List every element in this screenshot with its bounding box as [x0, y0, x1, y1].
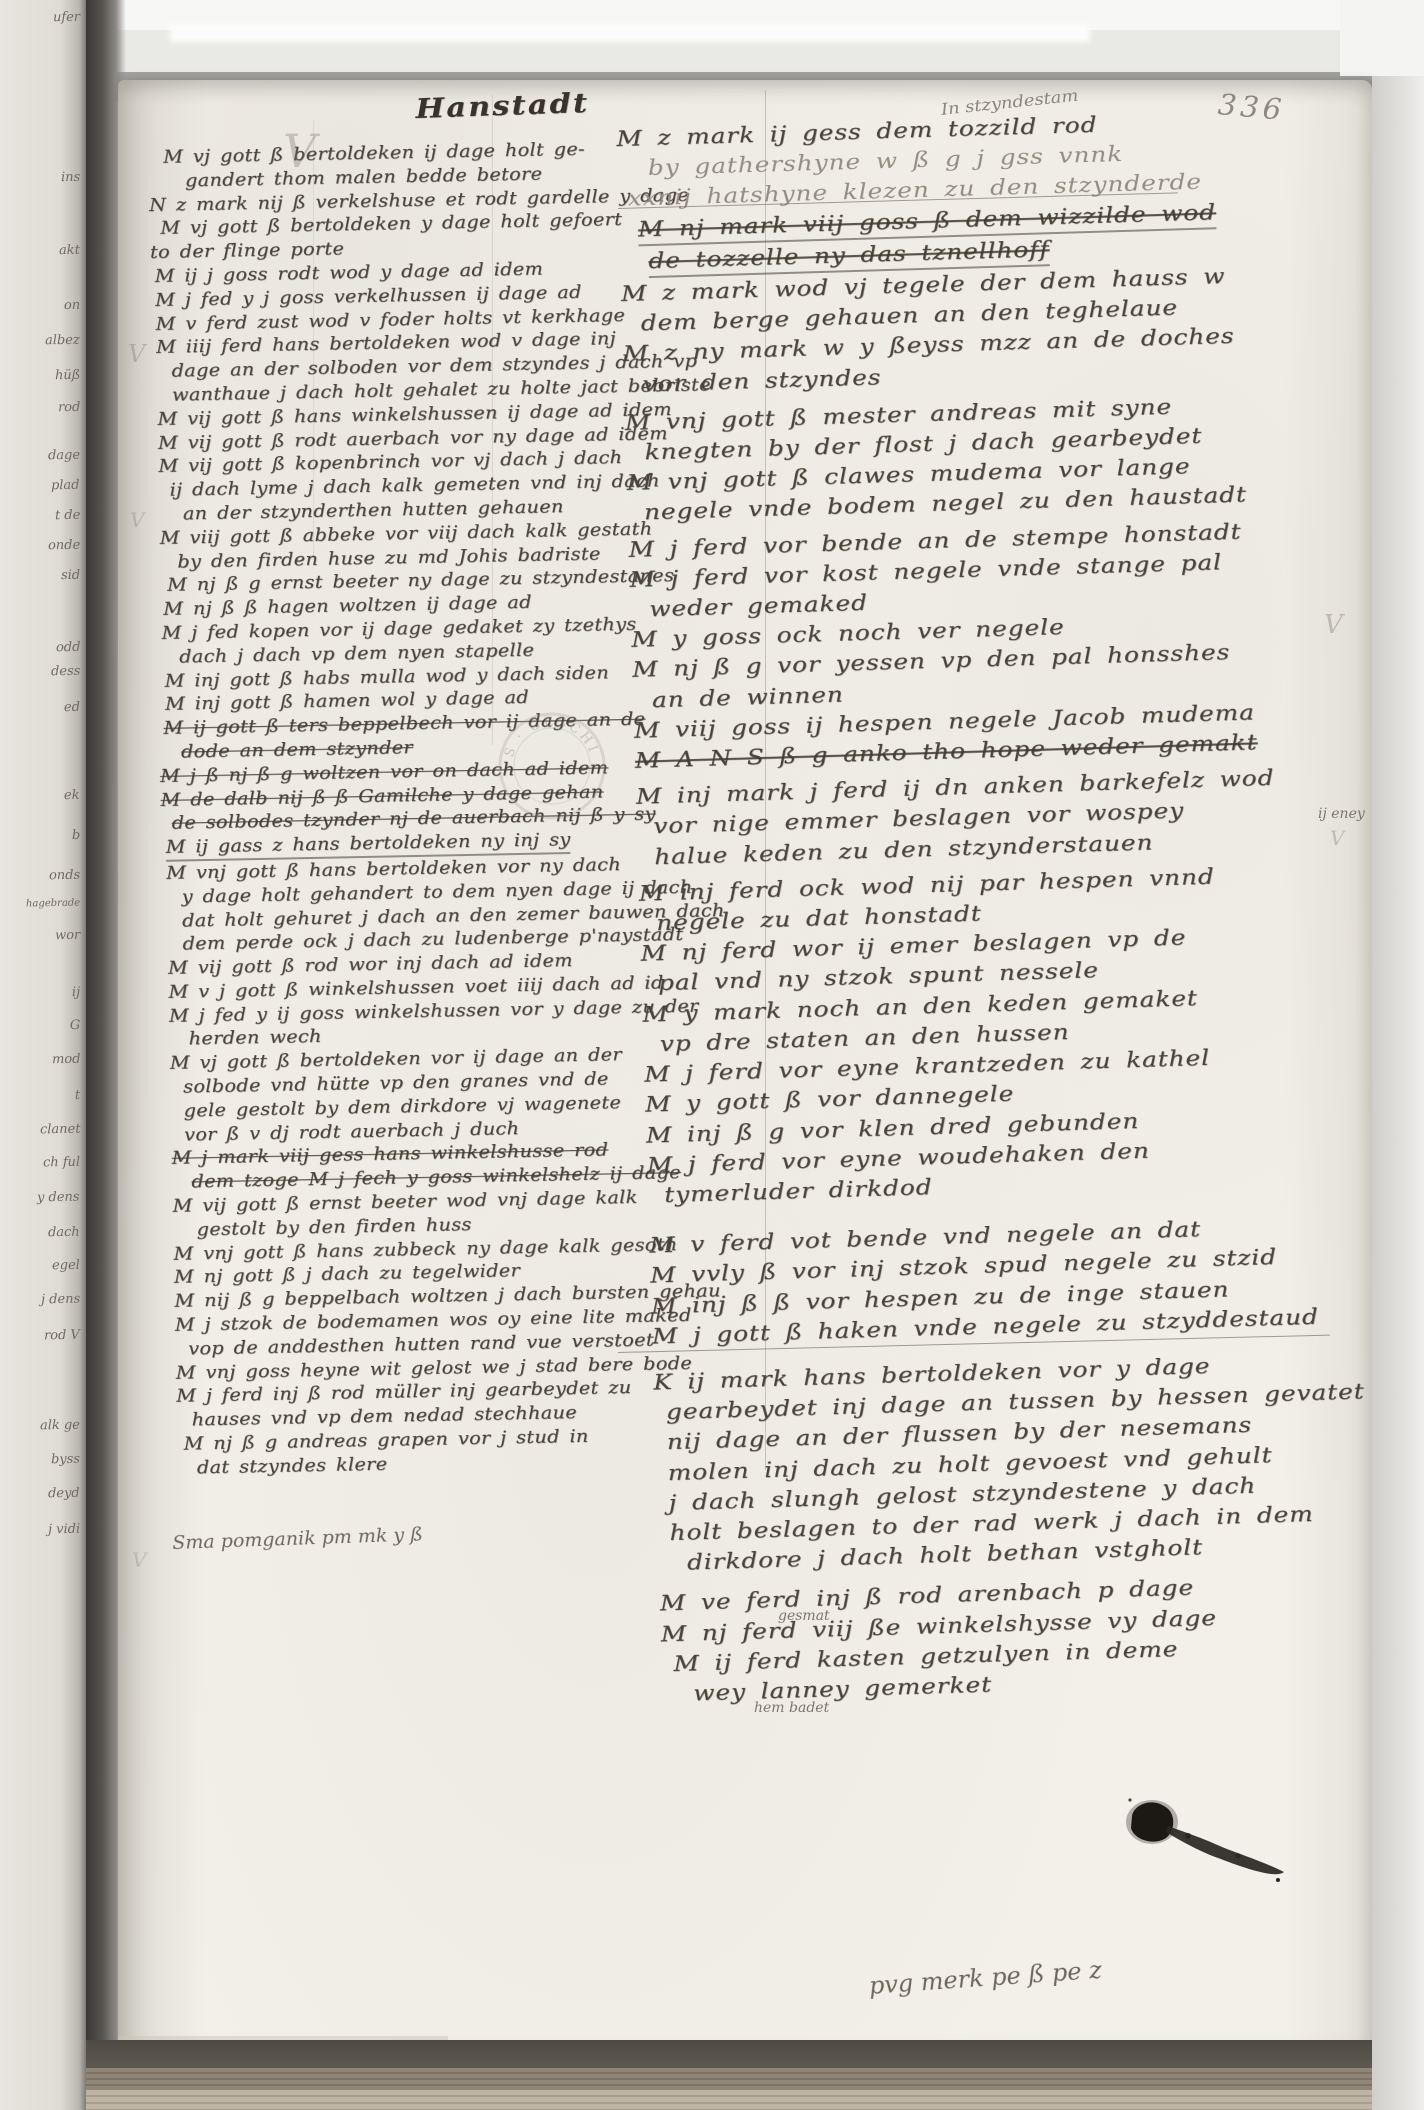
edge-fragment: sid [61, 568, 80, 583]
bottom-page-edges [86, 2068, 1424, 2090]
edge-fragment: plad [51, 478, 80, 493]
page-heading: Hanstadt [415, 88, 590, 125]
edge-fragment: odd [55, 640, 80, 655]
scanned-manuscript: uferinsaktonalbezhüßroddagepladt deondes… [0, 0, 1424, 2110]
right-column: M z mark ij gess dem tozzild rodby gathe… [616, 103, 1373, 1710]
edge-fragment: egel [52, 1258, 80, 1273]
edge-fragment: on [64, 298, 80, 313]
edge-fragment: hagebrade [26, 898, 80, 910]
facing-page-edge: uferinsaktonalbezhüßroddagepladt deondes… [0, 0, 88, 2110]
check-mark: V [132, 1550, 146, 1570]
check-mark: V [130, 510, 144, 530]
edge-fragment: rod [57, 400, 80, 415]
right-page-edge [1372, 76, 1424, 2110]
edge-fragment: byss [51, 1452, 80, 1468]
edge-fragment: clanet [39, 1122, 80, 1138]
edge-fragment: ch ful [43, 1155, 80, 1171]
edge-fragment: dess [51, 664, 81, 680]
edge-fragment: j dens [41, 1292, 80, 1308]
entry-line: dat stzyndes klere [197, 1452, 388, 1479]
edge-fragment: deyd [48, 1486, 80, 1502]
margin-note: hem badet [754, 1700, 829, 1716]
edge-fragment: rod V [44, 1328, 80, 1344]
edge-fragment: ij [72, 985, 80, 1000]
entry-line: vor den stzyndes [642, 362, 882, 399]
scan-glare [170, 26, 1090, 42]
edge-fragment: hüß [54, 368, 80, 383]
margin-note: gesmat [778, 1608, 830, 1624]
ink-blot [1118, 1792, 1298, 1897]
edge-fragment: j vidi [48, 1522, 80, 1538]
check-mark: V [1330, 828, 1344, 848]
svg-text:S · GESCHI ·: S · GESCHI · [502, 715, 603, 770]
check-mark: V [283, 128, 316, 174]
archive-stamp: S · GESCHI · [482, 696, 622, 836]
edge-fragment: albez [45, 333, 80, 349]
edge-fragment: alk ge [40, 1418, 80, 1434]
entry-line: herden wech [188, 1025, 322, 1051]
edge-fragment: wor [55, 928, 80, 943]
scanner-corner [1340, 0, 1424, 76]
margin-note: ij eney [1318, 806, 1365, 822]
edge-fragment: onde [48, 538, 80, 554]
edge-fragment: dach [48, 1225, 80, 1241]
edge-fragment: y dens [37, 1190, 80, 1206]
edge-fragment: akt [59, 243, 80, 258]
bottom-shadow-band [86, 2040, 1424, 2068]
check-mark: V [128, 342, 145, 366]
edge-fragment: ed [64, 700, 80, 715]
edge-fragment: ufer [53, 10, 80, 25]
edge-fragment: ek [64, 788, 80, 803]
edge-fragment: G [69, 1018, 80, 1033]
edge-fragment: dage [48, 448, 80, 464]
summary-scribble: pvg merk pe ß pe z [868, 1956, 1103, 2000]
edge-fragment: t de [54, 508, 80, 523]
edge-fragment: b [72, 828, 81, 843]
manuscript-page: Hanstadt In stzyndestam 336 M vj gott ß … [118, 80, 1372, 2058]
edge-fragment: onds [49, 868, 80, 884]
edge-fragment: ins [61, 170, 80, 185]
summary-scribble: Sma pomganik pm mk y ß [172, 1523, 423, 1554]
edge-fragment: t [75, 1088, 80, 1103]
check-mark: V [1324, 612, 1343, 638]
bottom-page-edges-2 [86, 2090, 1424, 2110]
edge-fragment: mod [51, 1052, 80, 1067]
